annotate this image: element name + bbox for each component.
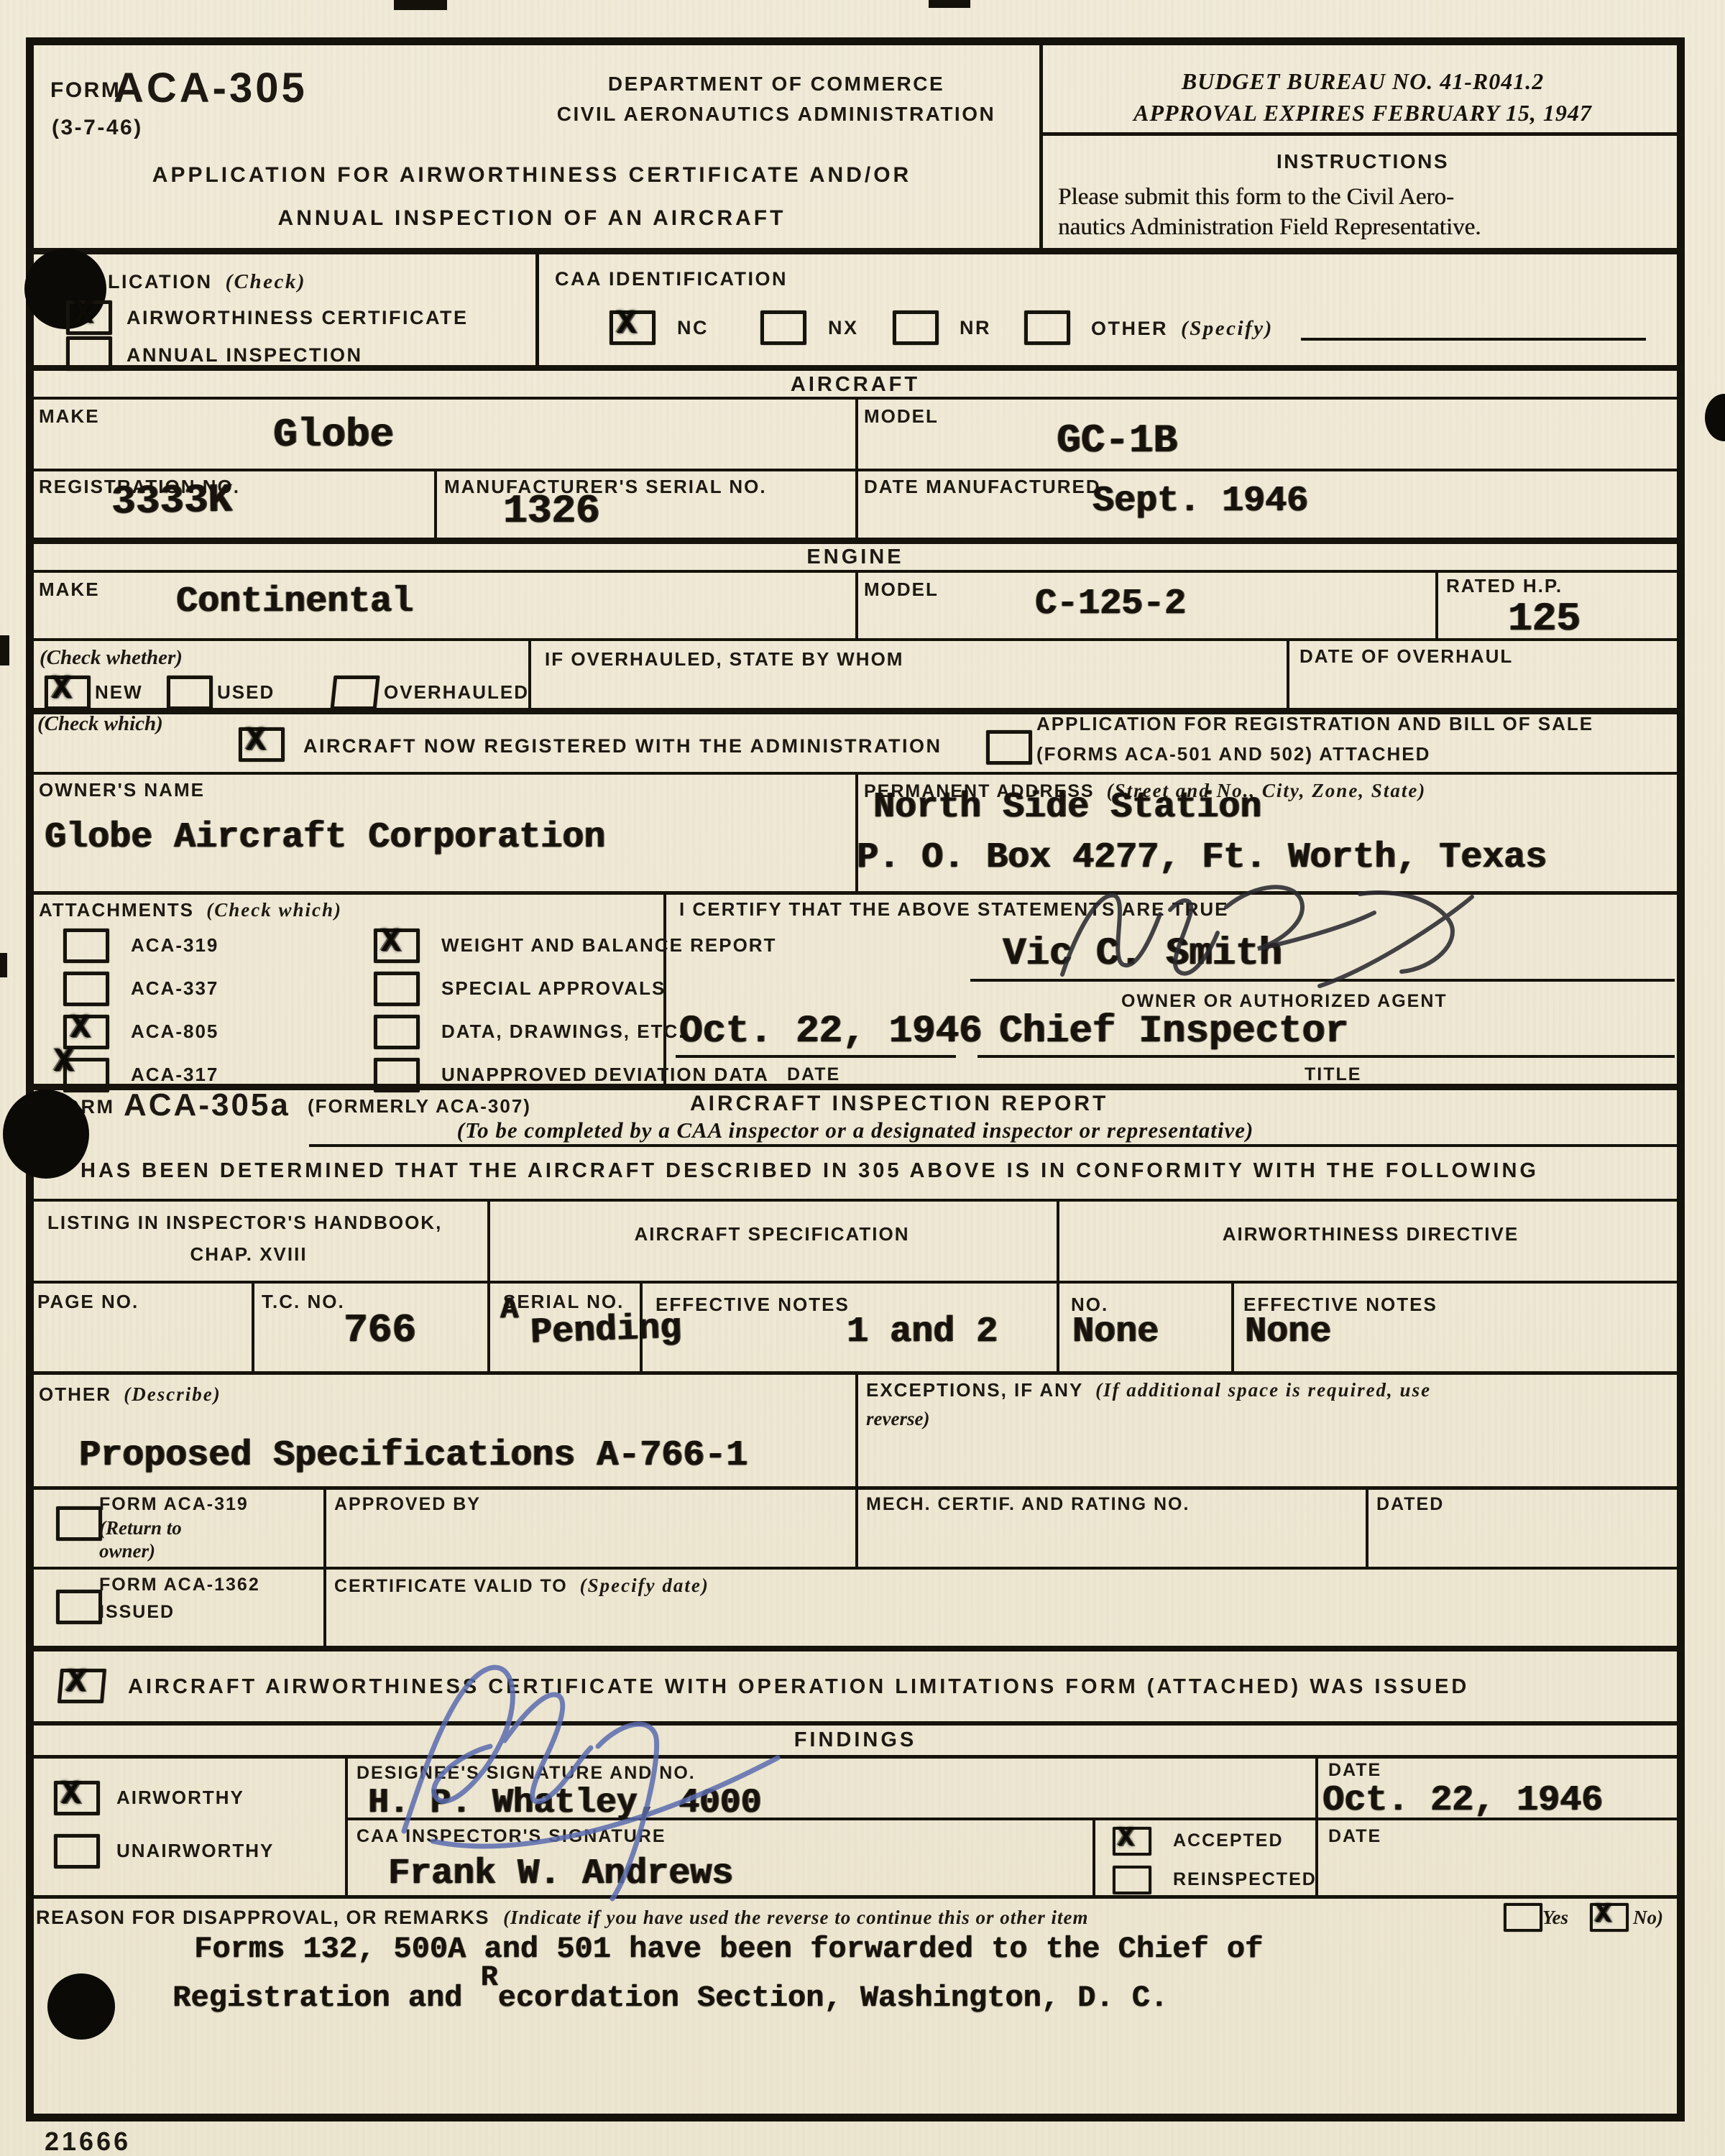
unapproved-deviation-label: UNAPPROVED DEVIATION DATA: [441, 1064, 769, 1086]
other-label: OTHER (Specify): [1091, 316, 1274, 341]
caa-inspector-signature-label: CAA INSPECTOR'S SIGNATURE: [356, 1825, 666, 1847]
other-label-hint: (Specify): [1181, 317, 1274, 340]
budget-bureau-line1: BUDGET BUREAU NO. 41-R041.2: [1046, 66, 1679, 97]
owner-agent-label: OWNER OR AUTHORIZED AGENT: [1121, 990, 1448, 1012]
divider: [26, 1895, 1685, 1899]
divider: [26, 1721, 1685, 1726]
accepted-label: ACCEPTED: [1173, 1830, 1284, 1851]
findings-date-value: Oct. 22, 1946: [1322, 1782, 1603, 1820]
section-divider: [26, 538, 1685, 544]
date-label: DATE: [787, 1064, 840, 1085]
date-of-overhaul-label: DATE OF OVERHAUL: [1299, 645, 1513, 668]
designee-signature-value: H. P. Whatley, 4000: [368, 1785, 761, 1821]
department-line1: DEPARTMENT OF COMMERCE: [503, 72, 1049, 96]
divider: [323, 1567, 326, 1646]
form-number: ACA-305: [114, 63, 308, 114]
remarks-line2-part-a: Registration and: [172, 1981, 462, 2015]
findings-date-label: DATE: [1328, 1759, 1381, 1781]
section-divider: [26, 1646, 1685, 1651]
registered-checkbox: X: [239, 727, 285, 762]
aca-319-label: ACA-319: [131, 934, 218, 957]
address-line1-value: North Side Station: [873, 789, 1261, 827]
engine-model-label: MODEL: [864, 579, 939, 601]
findings-title: FINDINGS: [26, 1728, 1685, 1753]
remarks-label-text: REASON FOR DISAPPROVAL, OR REMARKS: [36, 1907, 489, 1928]
remarks-body-line1: Forms 132, 500A and 501 have been forwar…: [194, 1933, 1263, 1965]
unairworthy-label: UNAIRWORTHY: [116, 1840, 274, 1862]
date-manufactured-label: DATE MANUFACTURED: [864, 476, 1101, 498]
effective-notes2-value: None: [1245, 1314, 1331, 1352]
divider: [535, 248, 539, 365]
annual-inspection-label: ANNUAL INSPECTION: [126, 344, 363, 367]
divider: [345, 1755, 348, 1895]
aca-337-checkbox: [63, 972, 109, 1006]
page-title-line1: APPLICATION FOR AIRWORTHINESS CERTIFICAT…: [101, 162, 963, 188]
form-revision: (3-7-46): [52, 115, 143, 141]
remarks-label: REASON FOR DISAPPROVAL, OR REMARKS (Indi…: [36, 1906, 1089, 1929]
dated-label: DATED: [1376, 1493, 1444, 1515]
exceptions-label: EXCEPTIONS, IF ANY (If additional space …: [866, 1378, 1431, 1401]
other-describe-value: Proposed Specifications A-766-1: [79, 1437, 747, 1475]
special-approvals-label: SPECIAL APPROVALS: [441, 977, 666, 1000]
title-label: TITLE: [1305, 1064, 1361, 1085]
divider: [26, 638, 1685, 641]
remarks-label-hint: (Indicate if you have used the reverse t…: [503, 1907, 1088, 1928]
registered-label: AIRCRAFT NOW REGISTERED WITH THE ADMINIS…: [303, 734, 942, 757]
cert-issued-checkbox: X: [57, 1669, 106, 1703]
scan-artifact: [0, 635, 9, 665]
ink-blot: [1705, 394, 1725, 441]
aircraft-model-value: GC-1B: [1057, 420, 1177, 462]
instructions-line1: Please submit this form to the Civil Aer…: [1058, 181, 1454, 213]
application-label-text: LICATION: [108, 271, 212, 292]
attachments-label-text: ATTACHMENTS: [39, 899, 194, 921]
engine-used-label: USED: [217, 681, 275, 704]
address-line2-value: P. O. Box 4277, Ft. Worth, Texas: [857, 839, 1547, 877]
divider: [1039, 132, 1685, 136]
nc-label: NC: [677, 316, 709, 339]
scan-artifact: [394, 0, 447, 10]
engine-model-value: C-125-2: [1035, 586, 1186, 624]
department-line2: CIVIL AERONAUTICS ADMINISTRATION: [503, 102, 1049, 126]
remarks-yes-label: Yes: [1542, 1906, 1568, 1929]
other-describe-label: OTHER (Describe): [39, 1383, 221, 1406]
aca-337-label: ACA-337: [131, 977, 218, 1000]
divider: [855, 397, 858, 469]
exceptions-hint1: (If additional space is required, use: [1095, 1379, 1431, 1401]
title-line: [977, 1055, 1675, 1058]
application-label-hint: (Check): [226, 270, 307, 293]
divider: [855, 570, 858, 638]
return-to-hint-line2: owner): [99, 1539, 155, 1562]
nx-checkbox: [760, 310, 806, 345]
nc-checkbox: X: [609, 310, 655, 345]
spec-serial-prefix: A: [500, 1294, 518, 1325]
divider: [855, 1371, 858, 1486]
other-describe-text: OTHER: [39, 1383, 111, 1405]
hole-punch: [3, 1089, 89, 1179]
check-x-mark: X: [73, 298, 93, 331]
owner-signature-name: Vic C. Smith: [1003, 934, 1282, 975]
date-manufactured-value: Sept. 1946: [1092, 483, 1308, 521]
serial-no-value: 1326: [503, 490, 599, 533]
nr-label: NR: [960, 316, 991, 339]
divider: [1092, 1818, 1095, 1895]
cert-issued-label: AIRCRAFT AIRWORTHINESS CERTIFICATE WITH …: [128, 1674, 1469, 1700]
check-which-hint: (Check which): [37, 711, 163, 737]
other-label-text: OTHER: [1091, 318, 1168, 339]
check-x-mark: X: [617, 308, 637, 341]
determination-statement: HAS BEEN DETERMINED THAT THE AIRCRAFT DE…: [80, 1158, 1539, 1184]
weight-balance-label: WEIGHT AND BALANCE REPORT: [441, 934, 776, 957]
designee-signature-label: DESIGNEE'S SIGNATURE AND NO.: [356, 1762, 696, 1784]
check-x-mark: X: [381, 926, 401, 959]
divider: [323, 1486, 326, 1567]
inspection-report-subtitle: (To be completed by a CAA inspector or a…: [101, 1115, 1610, 1146]
divider: [26, 891, 1685, 895]
divider: [26, 1567, 1685, 1570]
bill-of-sale-line1: APPLICATION FOR REGISTRATION AND BILL OF…: [1036, 713, 1593, 735]
serial-no-label: MANUFACTURER'S SERIAL NO.: [444, 476, 767, 498]
bill-of-sale-line2: (FORMS ACA-501 AND 502) ATTACHED: [1036, 743, 1430, 765]
scanned-form-page: FORM ACA-305 (3-7-46) DEPARTMENT OF COMM…: [0, 0, 1725, 2156]
check-x-mark: X: [61, 1778, 81, 1811]
special-approvals-checkbox: [374, 972, 420, 1006]
remarks-yes-checkbox: [1504, 1903, 1542, 1932]
hole-punch: [47, 1973, 115, 2040]
form-word: FORM: [50, 78, 121, 103]
page-number: 21666: [45, 2126, 131, 2156]
airworthiness-directive-header: AIRWORTHINESS DIRECTIVE: [1057, 1223, 1685, 1245]
remarks-body-line2: Registration and Recordation Section, Wa…: [172, 1973, 1168, 2014]
form-aca-1362-checkbox: [56, 1590, 102, 1624]
aircraft-spec-header: AIRCRAFT SPECIFICATION: [487, 1223, 1057, 1245]
certify-statement: I CERTIFY THAT THE ABOVE STATEMENTS ARE …: [679, 898, 1229, 921]
approved-by-label: APPROVED BY: [334, 1493, 481, 1515]
airworthy-checkbox: X: [54, 1781, 100, 1815]
budget-bureau-line2: APPROVAL EXPIRES FEBRUARY 15, 1947: [1046, 98, 1679, 129]
attachments-label: ATTACHMENTS (Check which): [39, 898, 342, 921]
divider: [1287, 638, 1289, 708]
certification-date-value: Oct. 22, 1946: [679, 1012, 982, 1053]
certificate-valid-to-label: CERTIFICATE VALID TO (Specify date): [334, 1574, 709, 1597]
engine-new-label: NEW: [95, 681, 143, 704]
rated-hp-value: 125: [1508, 598, 1581, 640]
exceptions-label-text: EXCEPTIONS, IF ANY: [866, 1379, 1083, 1401]
other-describe-hint: (Describe): [124, 1383, 221, 1405]
form-aca-319-label: FORM ACA-319: [99, 1493, 249, 1515]
engine-section-title: ENGINE: [26, 545, 1685, 570]
engine-new-checkbox: X: [45, 676, 91, 710]
section-divider: [26, 248, 1685, 254]
check-x-mark: X: [70, 1012, 91, 1045]
data-drawings-label: DATA, DRAWINGS, ETC.: [441, 1021, 685, 1043]
attachments-label-hint: (Check which): [206, 899, 342, 921]
reinspected-checkbox: [1113, 1866, 1151, 1894]
engine-make-label: MAKE: [39, 579, 100, 601]
divider: [26, 1755, 1685, 1759]
accepted-checkbox: X: [1113, 1827, 1151, 1856]
aca-317-label: ACA-317: [131, 1064, 218, 1086]
page-no-label: PAGE NO.: [37, 1291, 139, 1313]
owner-name-label: OWNER'S NAME: [39, 779, 205, 801]
remarks-no-checkbox: X: [1590, 1903, 1629, 1932]
registration-no-value: 3333K: [111, 479, 232, 524]
divider: [345, 1818, 1685, 1820]
exceptions-hint2: reverse): [866, 1407, 929, 1430]
bill-of-sale-checkbox: [986, 730, 1032, 765]
aca-805-label: ACA-805: [131, 1021, 218, 1043]
weight-balance-checkbox: X: [374, 929, 420, 963]
check-x-mark: X: [1595, 1902, 1611, 1929]
if-overhauled-label: IF OVERHAULED, STATE BY WHOM: [545, 648, 903, 671]
scan-artifact: [929, 0, 970, 8]
check-x-mark: X: [54, 1046, 74, 1079]
valid-to-text: CERTIFICATE VALID TO: [334, 1576, 568, 1596]
application-section-label: LICATION (Check): [108, 269, 306, 295]
valid-to-hint: (Specify date): [580, 1575, 709, 1596]
aircraft-model-label: MODEL: [864, 405, 939, 428]
instructions-line2: nautics Administration Field Representat…: [1058, 211, 1481, 244]
instructions-title: INSTRUCTIONS: [1046, 149, 1679, 174]
page-title-line2: ANNUAL INSPECTION OF AN AIRCRAFT: [101, 206, 963, 231]
tc-no-value: 766: [344, 1309, 416, 1352]
divider: [26, 1281, 1685, 1284]
airworthy-label: AIRWORTHY: [116, 1787, 244, 1809]
divider: [309, 1144, 1685, 1147]
nx-label: NX: [828, 316, 859, 339]
engine-make-value: Continental: [176, 584, 413, 622]
airworthiness-certificate-checkbox: X: [66, 300, 112, 335]
divider: [1231, 1281, 1234, 1371]
divider: [252, 1281, 254, 1371]
divider: [1039, 37, 1043, 248]
specify-underline: [1301, 338, 1646, 341]
divider: [855, 1486, 858, 1567]
tc-no-label: T.C. NO.: [262, 1291, 345, 1313]
check-x-mark: X: [1118, 1825, 1134, 1853]
section-divider: [26, 365, 1685, 371]
aircraft-make-value: Globe: [273, 414, 394, 456]
aca-319-checkbox: [63, 929, 109, 963]
check-whether-hint: (Check whether): [40, 645, 183, 671]
findings-date2-label: DATE: [1328, 1825, 1381, 1847]
form-305a-formerly: (FORMERLY ACA-307): [308, 1095, 531, 1118]
scan-artifact: [0, 953, 7, 977]
form-aca-1362-label: FORM ACA-1362: [99, 1574, 260, 1595]
divider: [1435, 570, 1438, 638]
divider: [1366, 1486, 1368, 1567]
unairworthy-checkbox: [54, 1834, 100, 1869]
engine-used-checkbox: [167, 676, 213, 710]
remarks-line2-superscript-r: R: [480, 1962, 497, 1994]
divider: [26, 1199, 1685, 1202]
remarks-no-label: No): [1633, 1906, 1663, 1929]
date-line: [676, 1055, 956, 1058]
remarks-line2-part-c: ecordation Section, Washington, D. C.: [498, 1981, 1169, 2015]
form-aca-319-checkbox: [56, 1506, 102, 1541]
caa-identification-label: CAA IDENTIFICATION: [555, 267, 788, 290]
listing-header-line2: CHAP. XVIII: [47, 1243, 450, 1266]
nr-checkbox: [893, 310, 939, 345]
aircraft-make-label: MAKE: [39, 405, 100, 428]
issued-label: ISSUED: [99, 1601, 175, 1623]
inspection-report-title: AIRCRAFT INSPECTION REPORT: [690, 1091, 1108, 1117]
owner-name-value: Globe Aircraft Corporation: [45, 819, 605, 857]
data-drawings-checkbox: [374, 1015, 420, 1049]
caa-inspector-signature-value: Frank W. Andrews: [388, 1856, 733, 1894]
directive-no-value: None: [1072, 1314, 1159, 1352]
engine-overhauled-checkbox: [330, 676, 379, 710]
certification-title-value: Chief Inspector: [999, 1012, 1348, 1053]
mech-certif-label: MECH. CERTIF. AND RATING NO.: [866, 1493, 1190, 1515]
spec-serial-value: Pending: [530, 1309, 682, 1353]
reinspected-label: REINSPECTED: [1173, 1869, 1317, 1890]
effective-notes-value: 1 and 2: [847, 1314, 998, 1352]
aircraft-section-title: AIRCRAFT: [26, 372, 1685, 397]
engine-overhauled-label: OVERHAULED: [384, 681, 529, 704]
divider: [855, 469, 858, 538]
return-to-hint-line1: (Return to: [99, 1516, 182, 1539]
check-x-mark: X: [65, 1666, 88, 1699]
divider: [434, 469, 437, 538]
signature-line: [970, 979, 1675, 982]
other-checkbox: [1024, 310, 1070, 345]
check-x-mark: X: [52, 673, 72, 706]
rated-hp-label: RATED H.P.: [1446, 575, 1563, 597]
effective-notes-label: EFFECTIVE NOTES: [655, 1294, 850, 1316]
check-x-mark: X: [246, 724, 266, 757]
airworthiness-certificate-label: AIRWORTHINESS CERTIFICATE: [126, 306, 469, 329]
listing-header-line1: LISTING IN INSPECTOR'S HANDBOOK,: [47, 1212, 442, 1234]
